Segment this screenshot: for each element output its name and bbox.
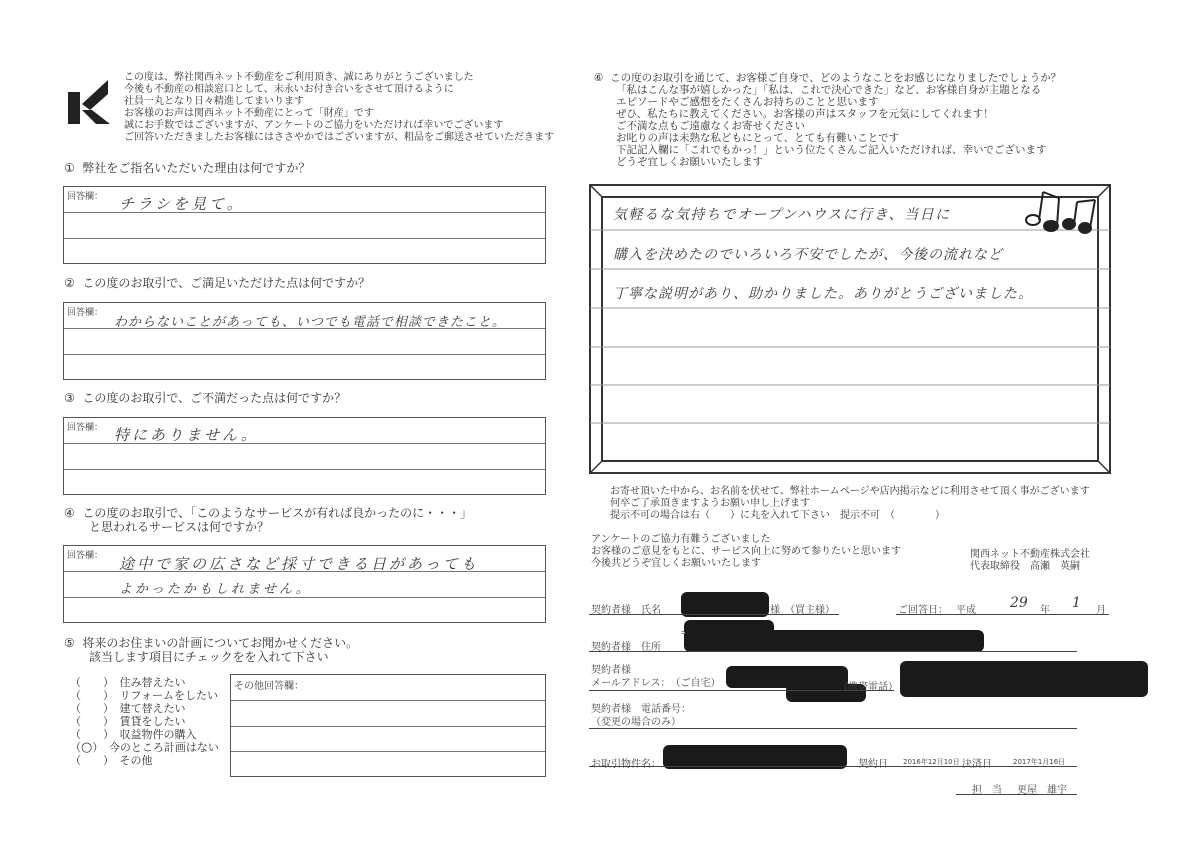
- answer-box-6[interactable]: 気軽るな気持ちでオープンハウスに行き、当日に 購入を決めたのでいろいろ不安でした…: [589, 184, 1111, 474]
- other-answer-label: その他回答欄：: [234, 677, 304, 692]
- phone-label: 契約者様 電話番号： （変更の場合のみ）: [591, 703, 691, 729]
- plan-option[interactable]: （ ） その他: [70, 752, 153, 768]
- answer-6-line-3: 丁寧な説明があり、助かりました。ありがとうございました。: [613, 283, 1033, 303]
- answer-6-line-2: 購入を決めたのでいろいろ不安でしたが、今後の流れなど: [613, 244, 1003, 264]
- answer-text: チラシを見て。: [119, 193, 245, 214]
- thanks-message: アンケートのご協力有難うございました お客様のご意見をもとに、サービス向上に努め…: [591, 534, 901, 570]
- answer-box-1[interactable]: 回答欄： チラシを見て。: [63, 186, 546, 264]
- question-5: ⑤ 将来のお住まいの計画についてお聞かせください。 該当します項目にチェックをを…: [64, 636, 358, 664]
- question-4: ④ この度のお取引で、「このようなサービスが有れば良かったのに・・・」 と思われ…: [64, 506, 472, 534]
- intro-text: この度は、弊社関西ネット不動産をご利用頂き、誠にありがとうございました 今後も不…: [124, 72, 554, 144]
- answer-label: 回答欄：: [67, 420, 103, 433]
- publish-notice: お寄せ頂いた中から、お名前を伏せて、弊社ホームページや店内掲示などに利用させて頂…: [610, 486, 1090, 522]
- other-answer-box[interactable]: その他回答欄：: [230, 674, 546, 777]
- property-label: お取引物件名：: [591, 755, 661, 770]
- redacted-email-mobile: [900, 661, 1148, 697]
- question-1: ① 弊社をご指名いただいた理由は何ですか？: [64, 161, 310, 175]
- answer-label: 回答欄：: [67, 548, 103, 561]
- answer-label: 回答欄：: [67, 305, 103, 318]
- answer-6-line-1: 気軽るな気持ちでオープンハウスに行き、当日に: [613, 204, 951, 224]
- answer-box-3[interactable]: 回答欄： 特にありません。: [63, 417, 546, 495]
- contract-date-label: 契約日: [858, 755, 888, 770]
- answer-month[interactable]: 1: [1072, 595, 1081, 611]
- answer-text: わからないことがあっても、いつでも電話で相談できたこと。: [114, 311, 506, 330]
- settle-date-label: 決済日: [962, 755, 992, 770]
- question-3: ③ この度のお取引で、ご不満だった点は何ですか？: [64, 391, 346, 405]
- answer-text-line-2: よかったかもしれません。: [119, 578, 312, 597]
- email-label: 契約者様 メールアドレス： （ご自宅）: [591, 664, 721, 690]
- answer-text-line-1: 途中で家の広さなど採寸できる日があっても: [119, 553, 479, 574]
- music-notes-icon: [1023, 188, 1103, 236]
- question-2: ② この度のお取引で、ご満足いただけた点は何ですか？: [64, 276, 370, 290]
- redacted-address: [684, 630, 984, 652]
- question-6: ⑥ この度のお取引を通じて、お客様ご自身で、どのようなことをお感じになりましたで…: [594, 72, 1061, 168]
- answer-box-4[interactable]: 回答欄： 途中で家の広さなど採寸できる日があっても よかったかもしれません。: [63, 545, 546, 623]
- company-signature: 関西ネット不動産株式会社 代表取締役 高瀬 英嗣: [970, 549, 1090, 573]
- answer-text: 特にありません。: [114, 424, 259, 445]
- company-logo-icon: [68, 80, 114, 124]
- answer-label: 回答欄：: [67, 189, 103, 202]
- answer-box-2[interactable]: 回答欄： わからないことがあっても、いつでも電話で相談できたこと。: [63, 302, 546, 380]
- answer-year[interactable]: 29: [1010, 595, 1028, 611]
